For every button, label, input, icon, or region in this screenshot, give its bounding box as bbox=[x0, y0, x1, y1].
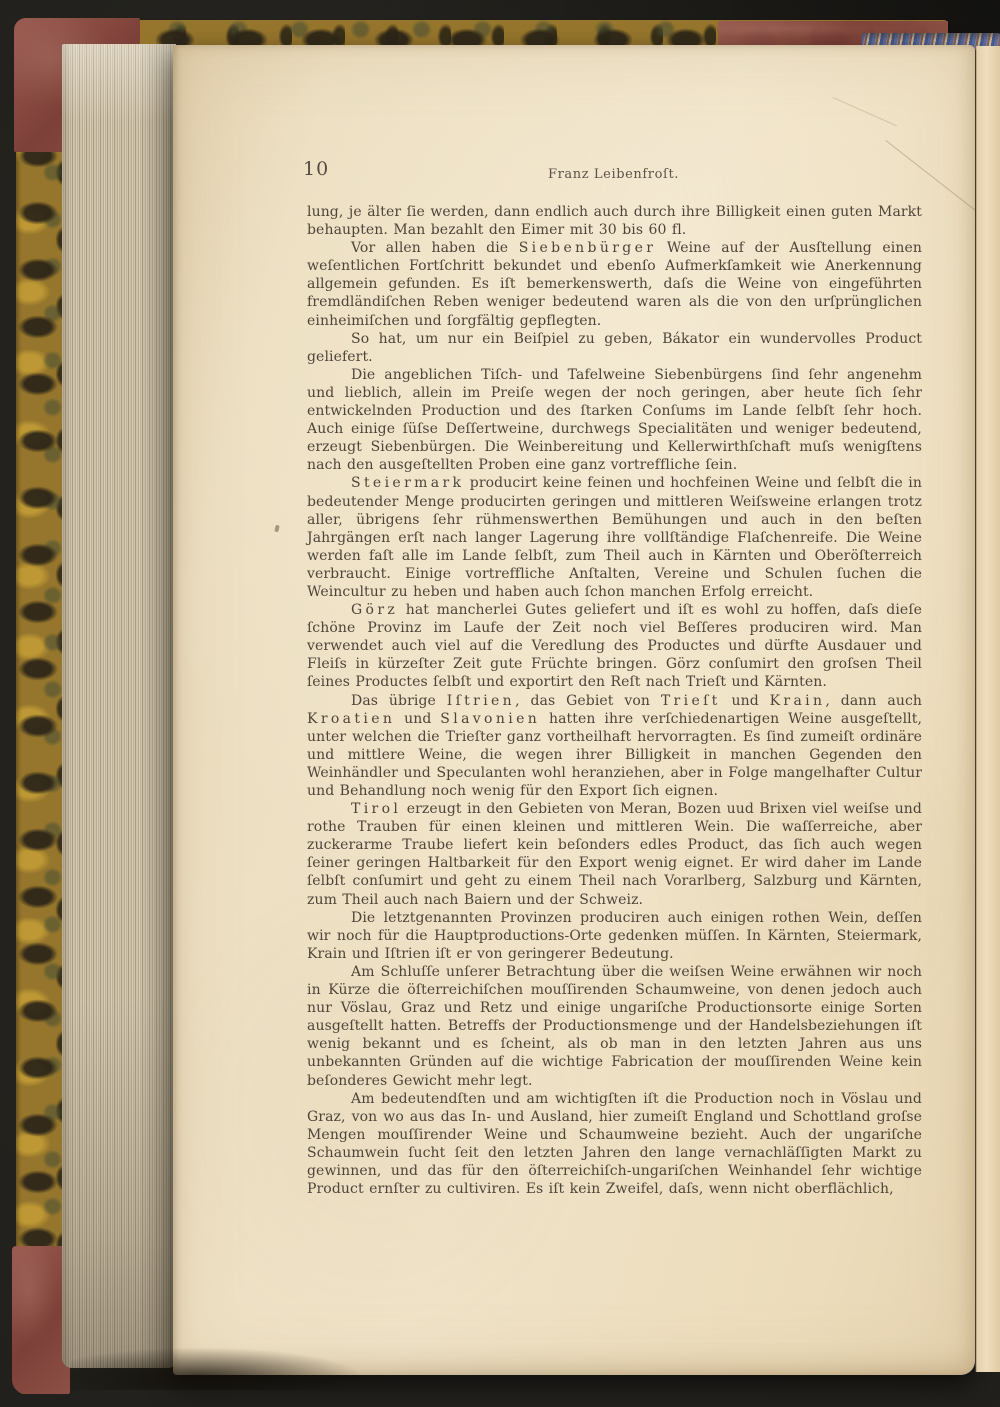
paragraph: Vor allen haben die Siebenbürger Weine a… bbox=[307, 239, 922, 329]
paragraph: Tirol erzeugt in den Gebieten von Meran,… bbox=[307, 800, 922, 909]
text-block: lung, je älter ſie werden, dann endlich … bbox=[307, 203, 922, 1198]
margin-ink-speck bbox=[274, 525, 280, 533]
paragraph: Die angeblichen Tiſch- und Tafelweine Si… bbox=[307, 366, 922, 475]
page-crease-line bbox=[833, 97, 897, 126]
paragraph: lung, je älter ſie werden, dann endlich … bbox=[307, 203, 922, 239]
paragraph: Am Schluſſe unſerer Betrachtung über die… bbox=[307, 963, 922, 1090]
marbled-cover-left bbox=[16, 22, 68, 1394]
paragraph: So hat, um nur ein Beiſpiel zu geben, Bá… bbox=[307, 330, 922, 366]
book-page: 10 Franz Leibenfroſt. lung, je älter ſie… bbox=[173, 45, 975, 1375]
paragraph: Die letztgenannten Provinzen produciren … bbox=[307, 909, 922, 963]
paragraph: Görz hat mancherlei Gutes geliefert und … bbox=[307, 601, 922, 691]
running-header: Franz Leibenfroſt. bbox=[307, 167, 920, 182]
fore-edge-page-stack bbox=[62, 44, 176, 1368]
paragraph: Steiermark producirt keine feinen und ho… bbox=[307, 474, 922, 601]
page-gutter-edge bbox=[975, 46, 1000, 1372]
paragraph: Am bedeutendſten und am wichtigſten iſt … bbox=[307, 1090, 922, 1199]
paragraph: Das übrige Iſtrien, das Gebiet von Trieſ… bbox=[307, 692, 922, 801]
